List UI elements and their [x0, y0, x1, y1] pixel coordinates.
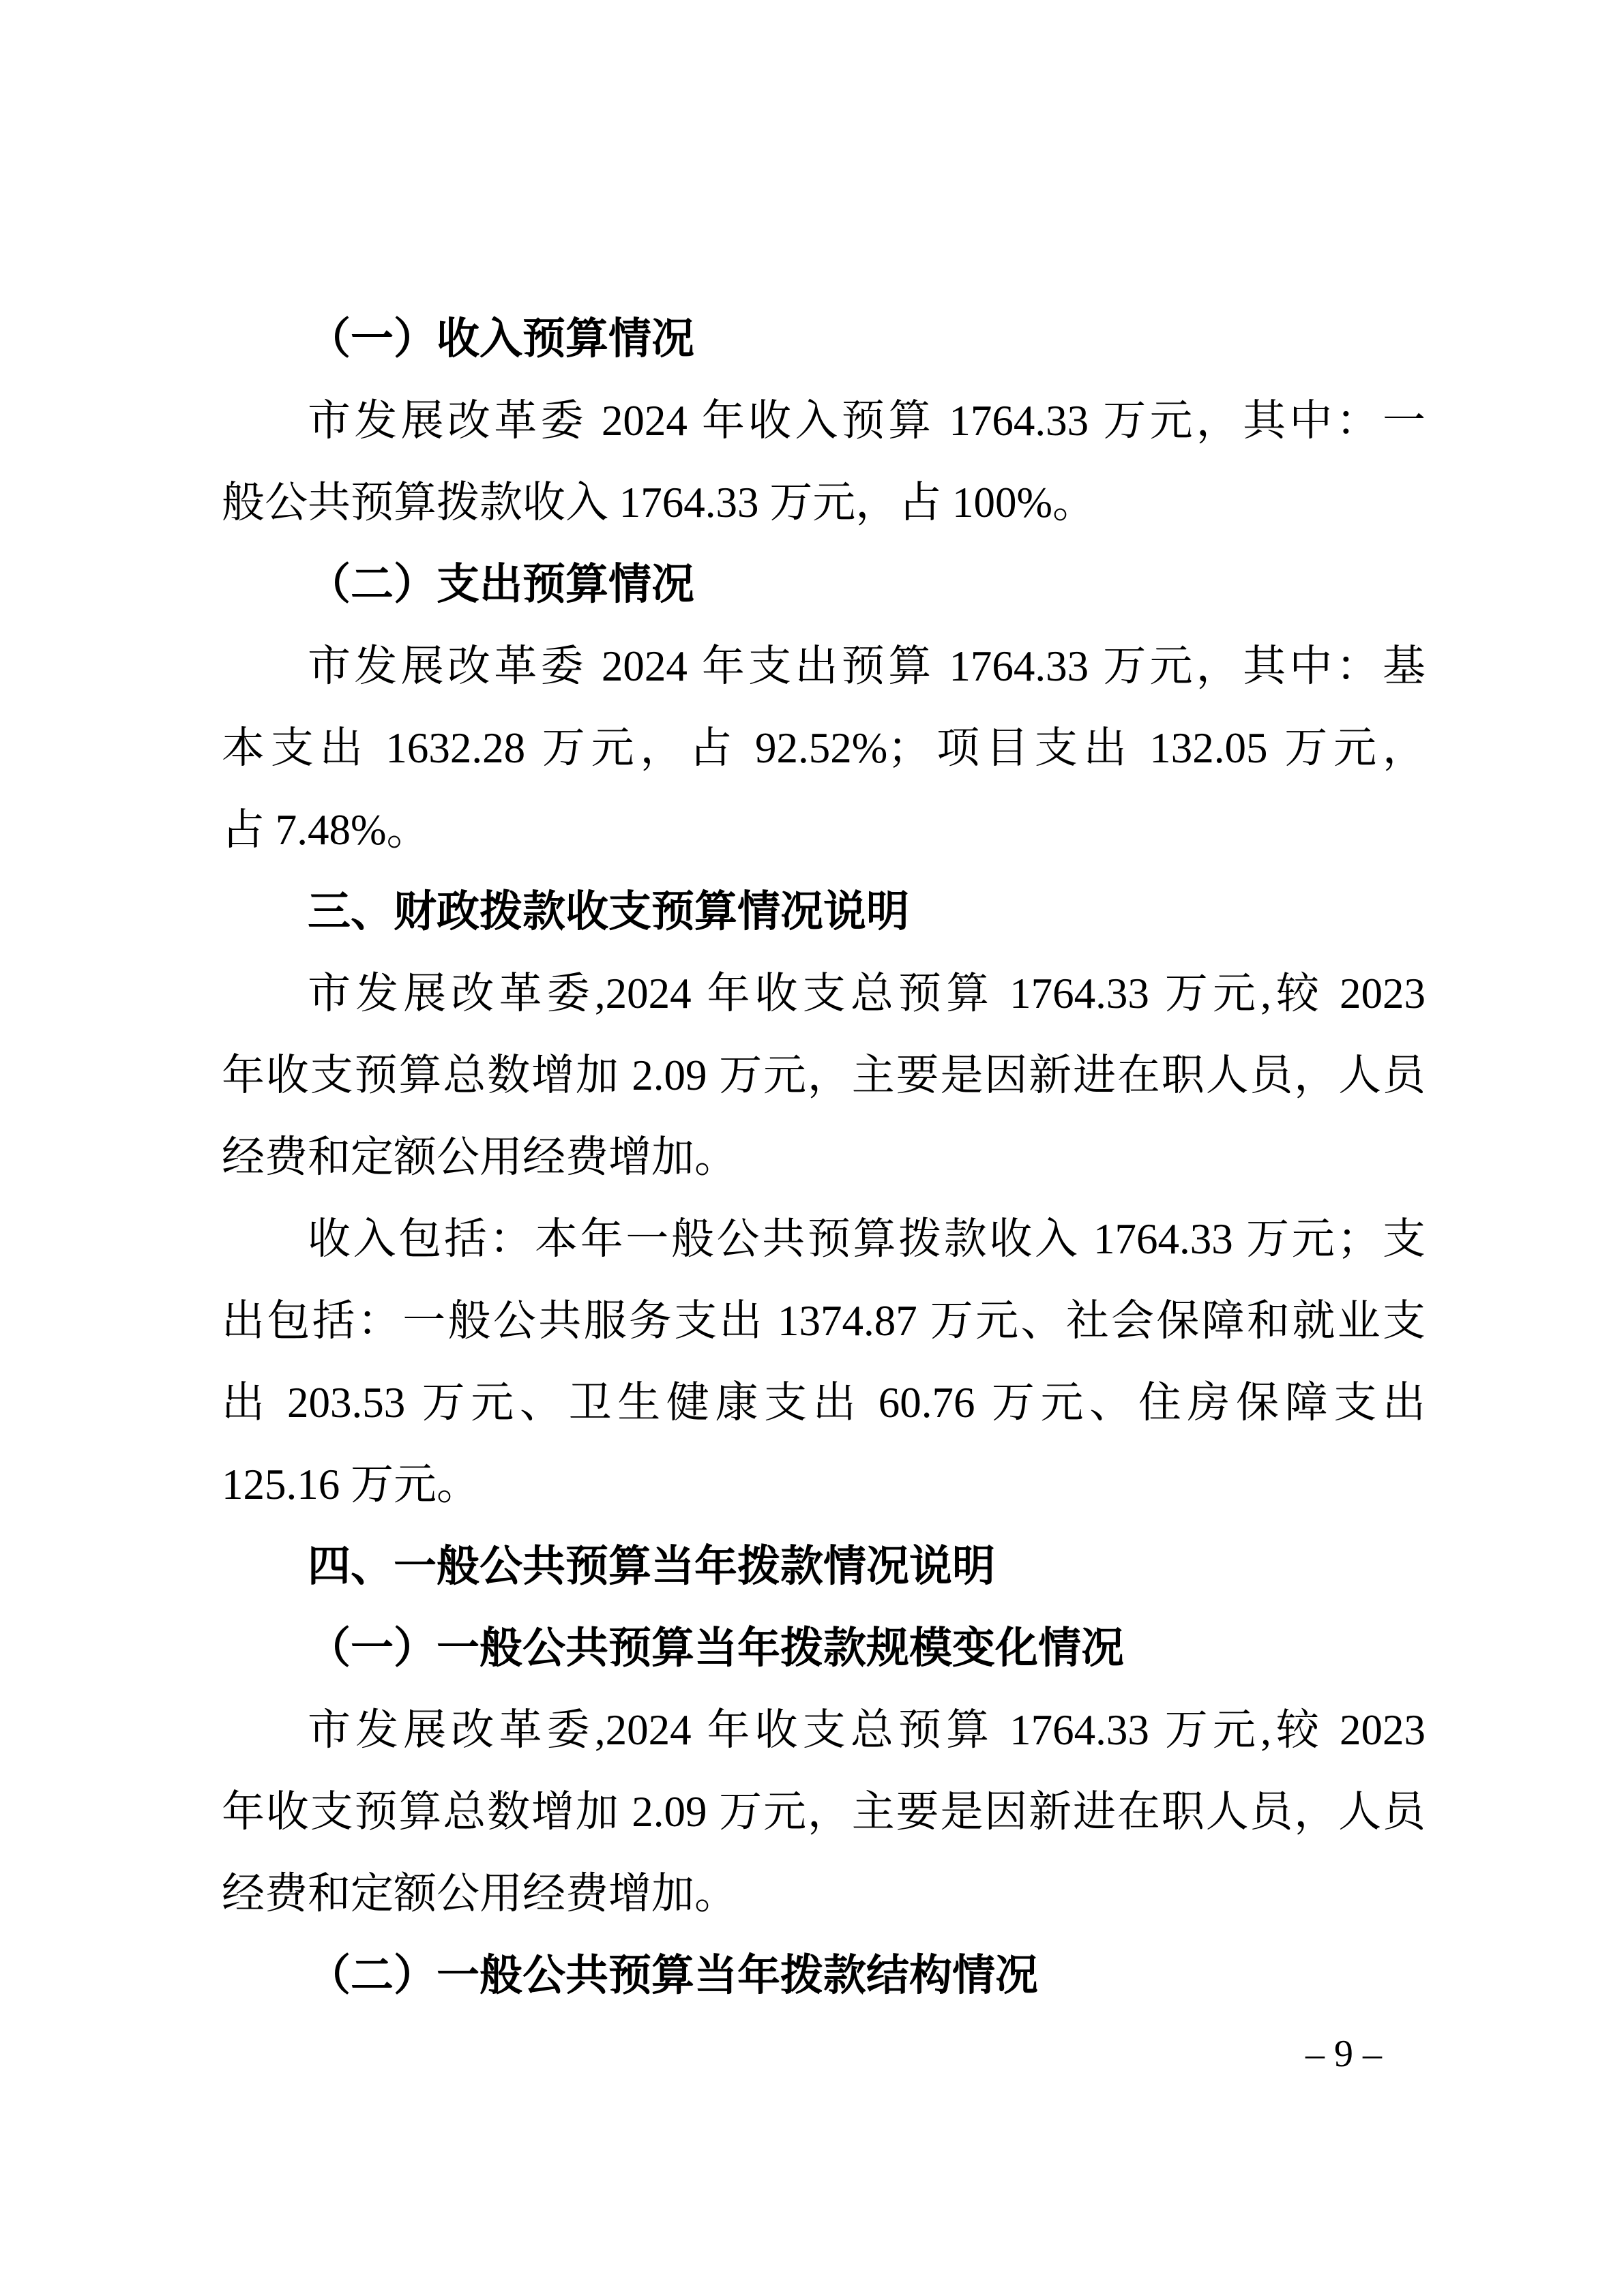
sub-section-heading: （一）收入预算情况	[222, 298, 1426, 380]
paragraph-line: 市发展改革委 2024 年支出预算 1764.33 万元，其中：基	[222, 625, 1426, 707]
paragraph-line: 出 203.53 万元、卫生健康支出 60.76 万元、住房保障支出	[222, 1362, 1426, 1444]
sub-section-heading: （一）一般公共预算当年拨款规模变化情况	[222, 1607, 1426, 1689]
document-page: （一）收入预算情况市发展改革委 2024 年收入预算 1764.33 万元，其中…	[0, 0, 1624, 2296]
paragraph-line: 占 7.48%。	[222, 789, 1426, 871]
paragraph-line: 本支出 1632.28 万元，占 92.52%；项目支出 132.05 万元，	[222, 707, 1426, 789]
section-heading: 四、一般公共预算当年拨款情况说明	[222, 1525, 1426, 1607]
document-content: （一）收入预算情况市发展改革委 2024 年收入预算 1764.33 万元，其中…	[222, 298, 1426, 2016]
sub-section-heading: （二）一般公共预算当年拨款结构情况	[222, 1935, 1426, 2016]
paragraph-line: 125.16 万元。	[222, 1444, 1426, 1525]
paragraph-line: 市发展改革委,2024 年收支总预算 1764.33 万元,较 2023	[222, 1689, 1426, 1771]
section-heading: 三、财政拨款收支预算情况说明	[222, 871, 1426, 953]
paragraph-line: 市发展改革委,2024 年收支总预算 1764.33 万元,较 2023	[222, 953, 1426, 1034]
paragraph-line: 般公共预算拨款收入 1764.33 万元，占 100%。	[222, 462, 1426, 543]
paragraph-line: 出包括：一般公共服务支出 1374.87 万元、社会保障和就业支	[222, 1280, 1426, 1362]
paragraph-line: 经费和定额公用经费增加。	[222, 1116, 1426, 1198]
paragraph-line: 年收支预算总数增加 2.09 万元，主要是因新进在职人员，人员	[222, 1771, 1426, 1853]
sub-section-heading: （二）支出预算情况	[222, 543, 1426, 625]
paragraph-line: 收入包括：本年一般公共预算拨款收入 1764.33 万元；支	[222, 1198, 1426, 1280]
paragraph-line: 市发展改革委 2024 年收入预算 1764.33 万元，其中：一	[222, 380, 1426, 462]
paragraph-line: 经费和定额公用经费增加。	[222, 1853, 1426, 1935]
page-number: – 9 –	[1305, 2013, 1382, 2095]
paragraph-line: 年收支预算总数增加 2.09 万元，主要是因新进在职人员，人员	[222, 1034, 1426, 1116]
